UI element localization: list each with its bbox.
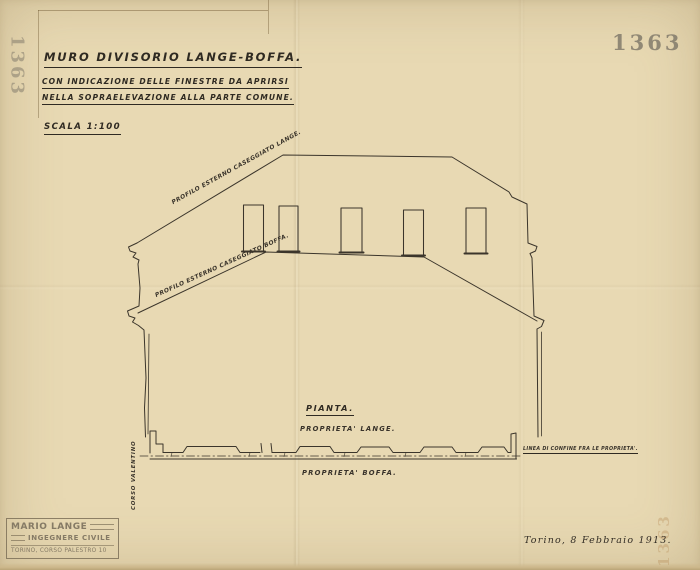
property-boffa-label: PROPRIETA' BOFFA. [302, 469, 397, 477]
plan-heading: PIANTA. [306, 403, 354, 416]
engineer-stamp: MARIO LANGE INGEGNERE CIVILE TORINO, COR… [6, 518, 119, 559]
plan-linework [140, 431, 523, 459]
window-openings [244, 205, 487, 255]
plan-left-return [150, 431, 163, 453]
window [404, 210, 424, 255]
window [341, 208, 362, 252]
elevation-upper-profile [137, 155, 544, 437]
plan-flue-ticks [261, 444, 272, 453]
engineer-profession: INGEGNERE CIVILE [28, 534, 111, 542]
engineer-stamp-profession-row: INGEGNERE CIVILE [11, 534, 114, 542]
plan-wall-top [163, 447, 511, 453]
stamp-rule-line [11, 535, 25, 541]
street-label: CORSO VALENTINO [131, 441, 137, 510]
place-date-signature: Torino, 8 Febbraio 1913. [524, 535, 672, 546]
elevation-left-edge [128, 243, 147, 437]
boundary-line-label: LINEA DI CONFINE FRA LE PROPRIETA'. [523, 447, 638, 454]
engineer-name: MARIO LANGE [11, 522, 87, 532]
stamp-rule-line [90, 524, 114, 530]
elevation-left-inner-line [148, 334, 149, 434]
property-lange-label: PROPRIETA' LANGE. [300, 425, 396, 433]
elevation-linework [128, 155, 545, 437]
elevation-lower-profile [138, 252, 537, 321]
plan-right-return [511, 433, 516, 459]
engineer-stamp-name-row: MARIO LANGE [11, 522, 114, 532]
engineer-address: TORINO, CORSO PALESTRO 10 [11, 545, 114, 554]
window [466, 208, 486, 253]
drawing-linework [0, 0, 700, 570]
window [279, 206, 298, 251]
scanned-drawing-sheet: 1363 1363 1363 MURO DIVISORIO LANGE-BOFF… [0, 0, 700, 570]
